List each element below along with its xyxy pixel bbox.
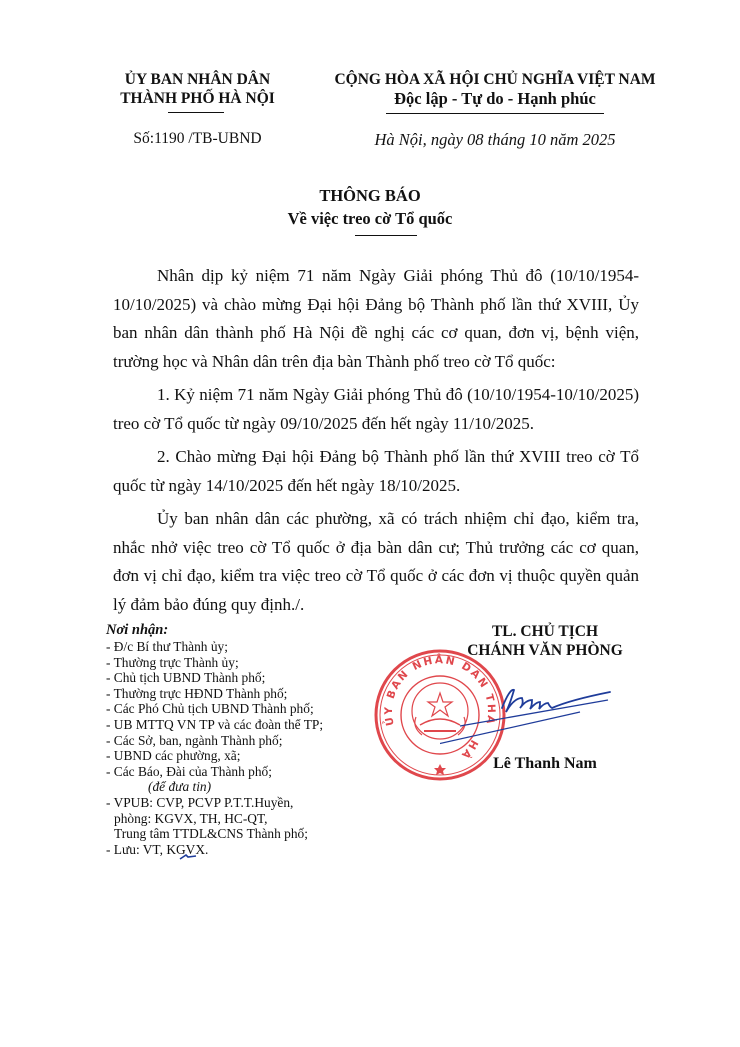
initials-mark-icon <box>178 852 198 862</box>
handwritten-signature-icon <box>440 676 620 746</box>
recipient-item: - Các Báo, Đài của Thành phố; <box>106 764 366 780</box>
recipient-item: phòng: KGVX, TH, HC-QT, <box>106 811 366 827</box>
item-1-paragraph: 1. Kỷ niệm 71 năm Ngày Giải phóng Thủ đô… <box>113 381 639 438</box>
recipient-item: - Các Phó Chủ tịch UBND Thành phố; <box>106 701 366 717</box>
agency-line-2: THÀNH PHỐ HÀ NỘI <box>95 89 300 108</box>
recipients-list: Nơi nhận: - Đ/c Bí thư Thành ủy; - Thườn… <box>106 622 366 857</box>
document-subject: Về việc treo cờ Tổ quốc <box>0 209 740 229</box>
document-date: Hà Nội, ngày 08 tháng 10 năm 2025 <box>320 130 670 150</box>
item-2-paragraph: 2. Chào mừng Đại hội Đảng bộ Thành phố l… <box>113 443 639 500</box>
agency-line-1: ỦY BAN NHÂN DÂN <box>95 70 300 89</box>
recipient-item: Trung tâm TTDL&CNS Thành phố; <box>106 826 366 842</box>
recipient-item: - Thường trực Thành ủy; <box>106 655 366 671</box>
motto-underline <box>386 113 604 114</box>
recipient-item: - Thường trực HĐND Thành phố; <box>106 686 366 702</box>
closing-paragraph: Ủy ban nhân dân các phường, xã có trách … <box>113 505 639 619</box>
recipient-item: - UBND các phường, xã; <box>106 748 366 764</box>
agency-underline <box>168 112 224 113</box>
national-title: CỘNG HÒA XÃ HỘI CHỦ NGHĨA VIỆT NAM Độc l… <box>320 70 670 108</box>
national-motto: Độc lập - Tự do - Hạnh phúc <box>320 89 670 108</box>
recipient-note: (để đưa tin) <box>106 779 366 795</box>
document-number: Số:1190 /TB-UBND <box>95 130 300 148</box>
signature-line-1: TL. CHỦ TỊCH <box>430 622 660 641</box>
recipient-item: - Chủ tịch UBND Thành phố; <box>106 670 366 686</box>
issuing-agency: ỦY BAN NHÂN DÂN THÀNH PHỐ HÀ NỘI <box>95 70 300 108</box>
recipient-item: - Đ/c Bí thư Thành ủy; <box>106 639 366 655</box>
national-name: CỘNG HÒA XÃ HỘI CHỦ NGHĨA VIỆT NAM <box>320 70 670 89</box>
recipients-heading: Nơi nhận: <box>106 622 366 639</box>
subject-underline <box>355 235 417 236</box>
recipient-item: - Các Sở, ban, ngành Thành phố; <box>106 733 366 749</box>
recipient-item: - VPUB: CVP, PCVP P.T.T.Huyền, <box>106 795 366 811</box>
intro-paragraph: Nhân dịp kỷ niệm 71 năm Ngày Giải phóng … <box>113 262 639 376</box>
recipient-item: - Lưu: VT, KGVX. <box>106 842 366 858</box>
document-title: THÔNG BÁO <box>0 186 740 206</box>
recipient-item: - UB MTTQ VN TP và các đoàn thể TP; <box>106 717 366 733</box>
signer-name: Lê Thanh Nam <box>470 755 620 773</box>
